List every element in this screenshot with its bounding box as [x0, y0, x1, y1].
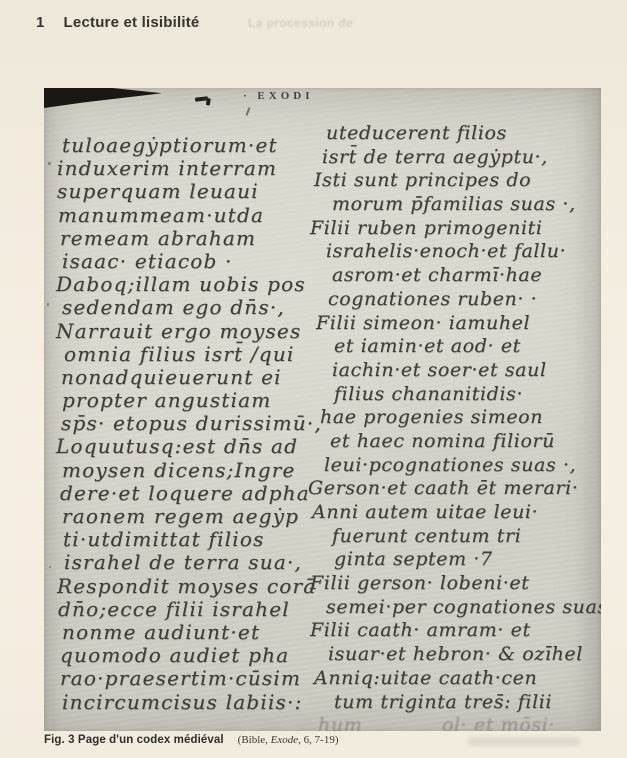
manuscript-line: remeam abraham — [60, 227, 322, 250]
caption-ref-pre: (Bible, — [238, 734, 271, 746]
manuscript-line: Filii caath· amram· et — [310, 619, 601, 643]
manuscript-line: et haec nomina filiorū — [330, 430, 601, 454]
manuscript-line: ti·utdimittat filios — [63, 528, 322, 551]
photo-speck — [48, 162, 51, 165]
manuscript-line: raonem regem aegẏp — [62, 505, 322, 528]
chapter-heading: 1 Lecture et lisibilité — [36, 14, 199, 31]
manuscript-line: morum p̄familias suas ·, — [332, 193, 601, 217]
photo-speck — [49, 566, 51, 568]
manuscript-line: nonadquieuerunt ei — [61, 366, 322, 389]
manuscript-line: sp̄s· etopus durissimū·, — [61, 412, 322, 435]
manuscript-line: propter angustiam — [62, 389, 322, 412]
manuscript-line: isaac· etiacob · — [62, 250, 322, 273]
manuscript-line: Narrauit ergo moyses — [56, 320, 322, 343]
manuscript-line: Filii simeon· iamuhel — [316, 312, 601, 336]
manuscript-line: nonme audiunt·et — [62, 621, 322, 644]
manuscript-line: Isti sunt principes do — [314, 169, 601, 193]
manuscript-line: semei·per cognationes suas · — [326, 596, 601, 620]
figure-caption: Fig. 3 Page d'un codex médiéval (Bible, … — [44, 734, 338, 746]
pen-tick-mark — [245, 107, 250, 116]
manuscript-line: ginta septem ·7 — [334, 548, 601, 572]
chapter-title: Lecture et lisibilité — [64, 14, 200, 31]
manuscript-line: Respondit moyses corā — [57, 575, 322, 598]
ink-mark — [195, 96, 208, 101]
manuscript-line: Filii ruben primogeniti — [310, 217, 601, 241]
photo-speck — [47, 303, 49, 306]
manuscript-line: leui·pcognationes suas ·, — [324, 454, 601, 478]
photo-corner-artifact — [44, 88, 162, 108]
manuscript-line: hae progenies simeon — [320, 406, 601, 430]
manuscript-line: hum ol· et mōsi· — [318, 714, 601, 731]
manuscript-line: quomodo audiet pha — [60, 644, 322, 667]
manuscript-line: isrt̄ de terra aegẏptu·, — [322, 146, 601, 170]
manuscript-photo: · EXODI tuloaegẏptiorum·etinduxerim inte… — [44, 88, 601, 731]
manuscript-line: omnia filius isrt̄ /qui — [64, 343, 322, 366]
manuscript-line: Filii gerson· lobeni·et — [310, 572, 601, 596]
manuscript-column-right: uteducerent filiosisrt̄ de terra aegẏptu… — [308, 122, 601, 731]
manuscript-line: tuloaegẏptiorum·et — [62, 134, 322, 157]
manuscript-line: et iamin·et aod· et — [334, 335, 601, 359]
manuscript-line: tum triginta tres̄: filii — [334, 691, 601, 715]
manuscript-line: fuerunt centum tri — [332, 525, 601, 549]
manuscript-line: superquam leuaui — [57, 180, 322, 203]
chapter-number: 1 — [36, 14, 45, 31]
showthrough-smudge — [468, 737, 580, 746]
caption-ref-book: Exode — [271, 734, 298, 746]
manuscript-line: israhel de terra sua·, — [64, 551, 322, 574]
figure-caption-reference: (Bible, Exode, 6, 7-19) — [238, 734, 339, 746]
manuscript-line: Loquutusq:est dn̄s ad — [56, 435, 322, 458]
manuscript-line: incircumcisus labiis·: — [62, 691, 322, 714]
manuscript-line: Daboq;illam uobis pos — [56, 273, 322, 296]
manuscript-line: iachin·et soer·et saul — [332, 359, 601, 383]
manuscript-line: Gerson·et caath ēt merari· — [308, 477, 601, 501]
manuscript-column-left: tuloaegẏptiorum·etinduxerim interramsupe… — [56, 134, 322, 714]
book-page: 1 Lecture et lisibilité La procession de… — [0, 0, 627, 758]
manuscript-line: moysen dicens;Ingre — [62, 459, 322, 482]
manuscript-line: Anni autem uitae leui· — [312, 501, 601, 525]
manuscript-line: uteducerent filios — [326, 122, 601, 146]
caption-ref-verses: , 6, 7-19) — [298, 734, 338, 746]
manuscript-line: manummeam·utda — [58, 204, 322, 227]
manuscript-line: dere·et loquere adpha — [60, 482, 322, 505]
manuscript-line: rao·praesertim·cūsim — [60, 667, 322, 690]
manuscript-running-title: · EXODI — [243, 90, 313, 102]
manuscript-line: induxerim interram — [57, 157, 322, 180]
manuscript-line: dn̄o;ecce filii israhel — [58, 598, 322, 621]
manuscript-line: sedendam ego dn̄s·, — [62, 296, 322, 319]
manuscript-line: cognationes ruben· · — [328, 288, 601, 312]
manuscript-line: asrom·et charmī·hae — [332, 264, 601, 288]
manuscript-line: israhelis·enoch·et fallu· — [326, 240, 601, 264]
figure-caption-label: Fig. 3 Page d'un codex médiéval — [44, 734, 224, 746]
manuscript-line: isuar·et hebron· & ozīhel — [328, 643, 601, 667]
manuscript-line: filius chananitidis· — [334, 383, 601, 407]
manuscript-line: Anniq:uitae caath·cen — [314, 667, 601, 691]
showthrough-text: La procession de — [248, 16, 353, 30]
